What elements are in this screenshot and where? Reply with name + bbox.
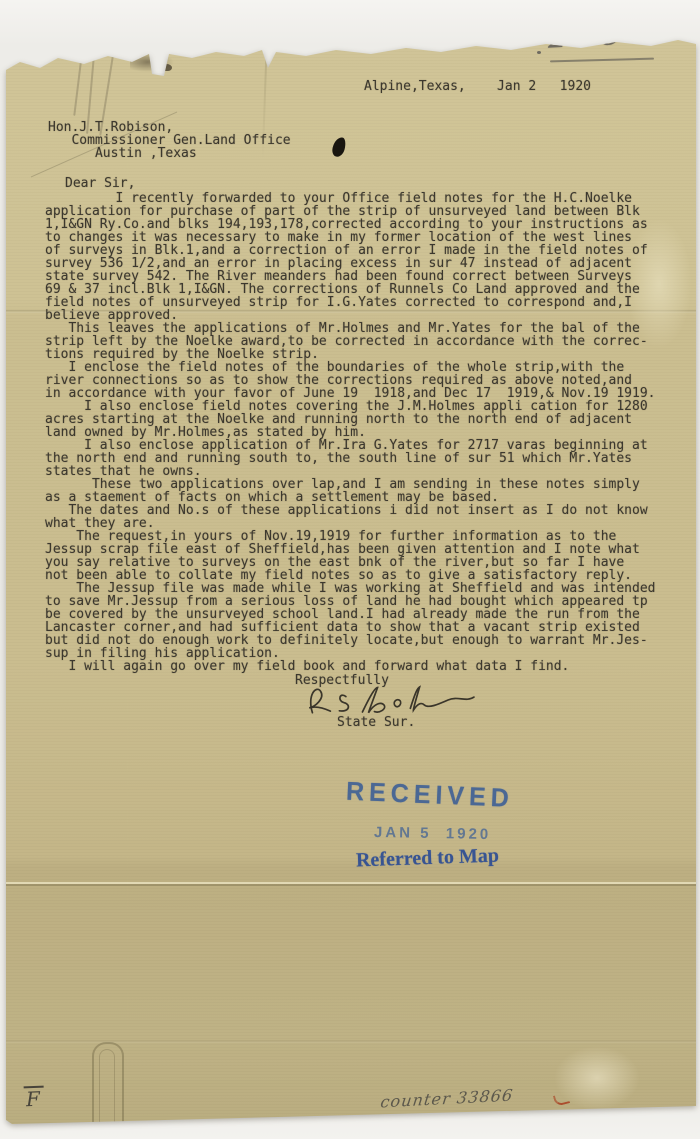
recipient-address: Hon.J.T.Robison, Commissioner Gen.Land O… xyxy=(48,121,291,160)
scanned-letter-page: 2284 Alpine,Texas, Jan 2 1920 Hon.J.T.Ro… xyxy=(0,0,700,1139)
ink-smudge xyxy=(130,52,174,72)
pencil-dot xyxy=(537,51,541,54)
paper-shadow-wrap: 2284 Alpine,Texas, Jan 2 1920 Hon.J.T.Ro… xyxy=(0,0,700,1139)
ink-blot xyxy=(331,136,347,158)
letter-body: I recently forwarded to your Office fiel… xyxy=(45,192,655,673)
pencil-scratch xyxy=(73,38,84,116)
received-date-stamp: JAN 5 1920 xyxy=(374,824,492,843)
counter-number-handwritten: counter 33866 xyxy=(379,1087,514,1112)
catalog-number-handwritten: 2284 xyxy=(547,15,658,56)
body-line: I will again go over my field book and f… xyxy=(45,660,655,673)
fold-crease-lower xyxy=(6,882,696,888)
dateline: Alpine,Texas, Jan 2 1920 xyxy=(364,80,591,93)
address-line: Austin ,Texas xyxy=(48,147,291,160)
catalog-underline xyxy=(550,58,654,63)
paperclip-imprint-inner xyxy=(99,1049,115,1129)
red-pencil-mark xyxy=(553,1092,570,1106)
signer-title: State Sur. xyxy=(337,716,415,729)
ink-smudge-dot xyxy=(162,64,172,71)
salutation: Dear Sir, xyxy=(65,177,135,190)
file-mark-handwritten: F xyxy=(24,1086,45,1110)
paperclip-imprint xyxy=(92,1042,124,1128)
letter-paper: 2284 Alpine,Texas, Jan 2 1920 Hon.J.T.Ro… xyxy=(6,24,696,1126)
received-stamp: RECEIVED xyxy=(345,777,514,814)
referred-to-map-stamp: Referred to Map xyxy=(356,845,500,873)
